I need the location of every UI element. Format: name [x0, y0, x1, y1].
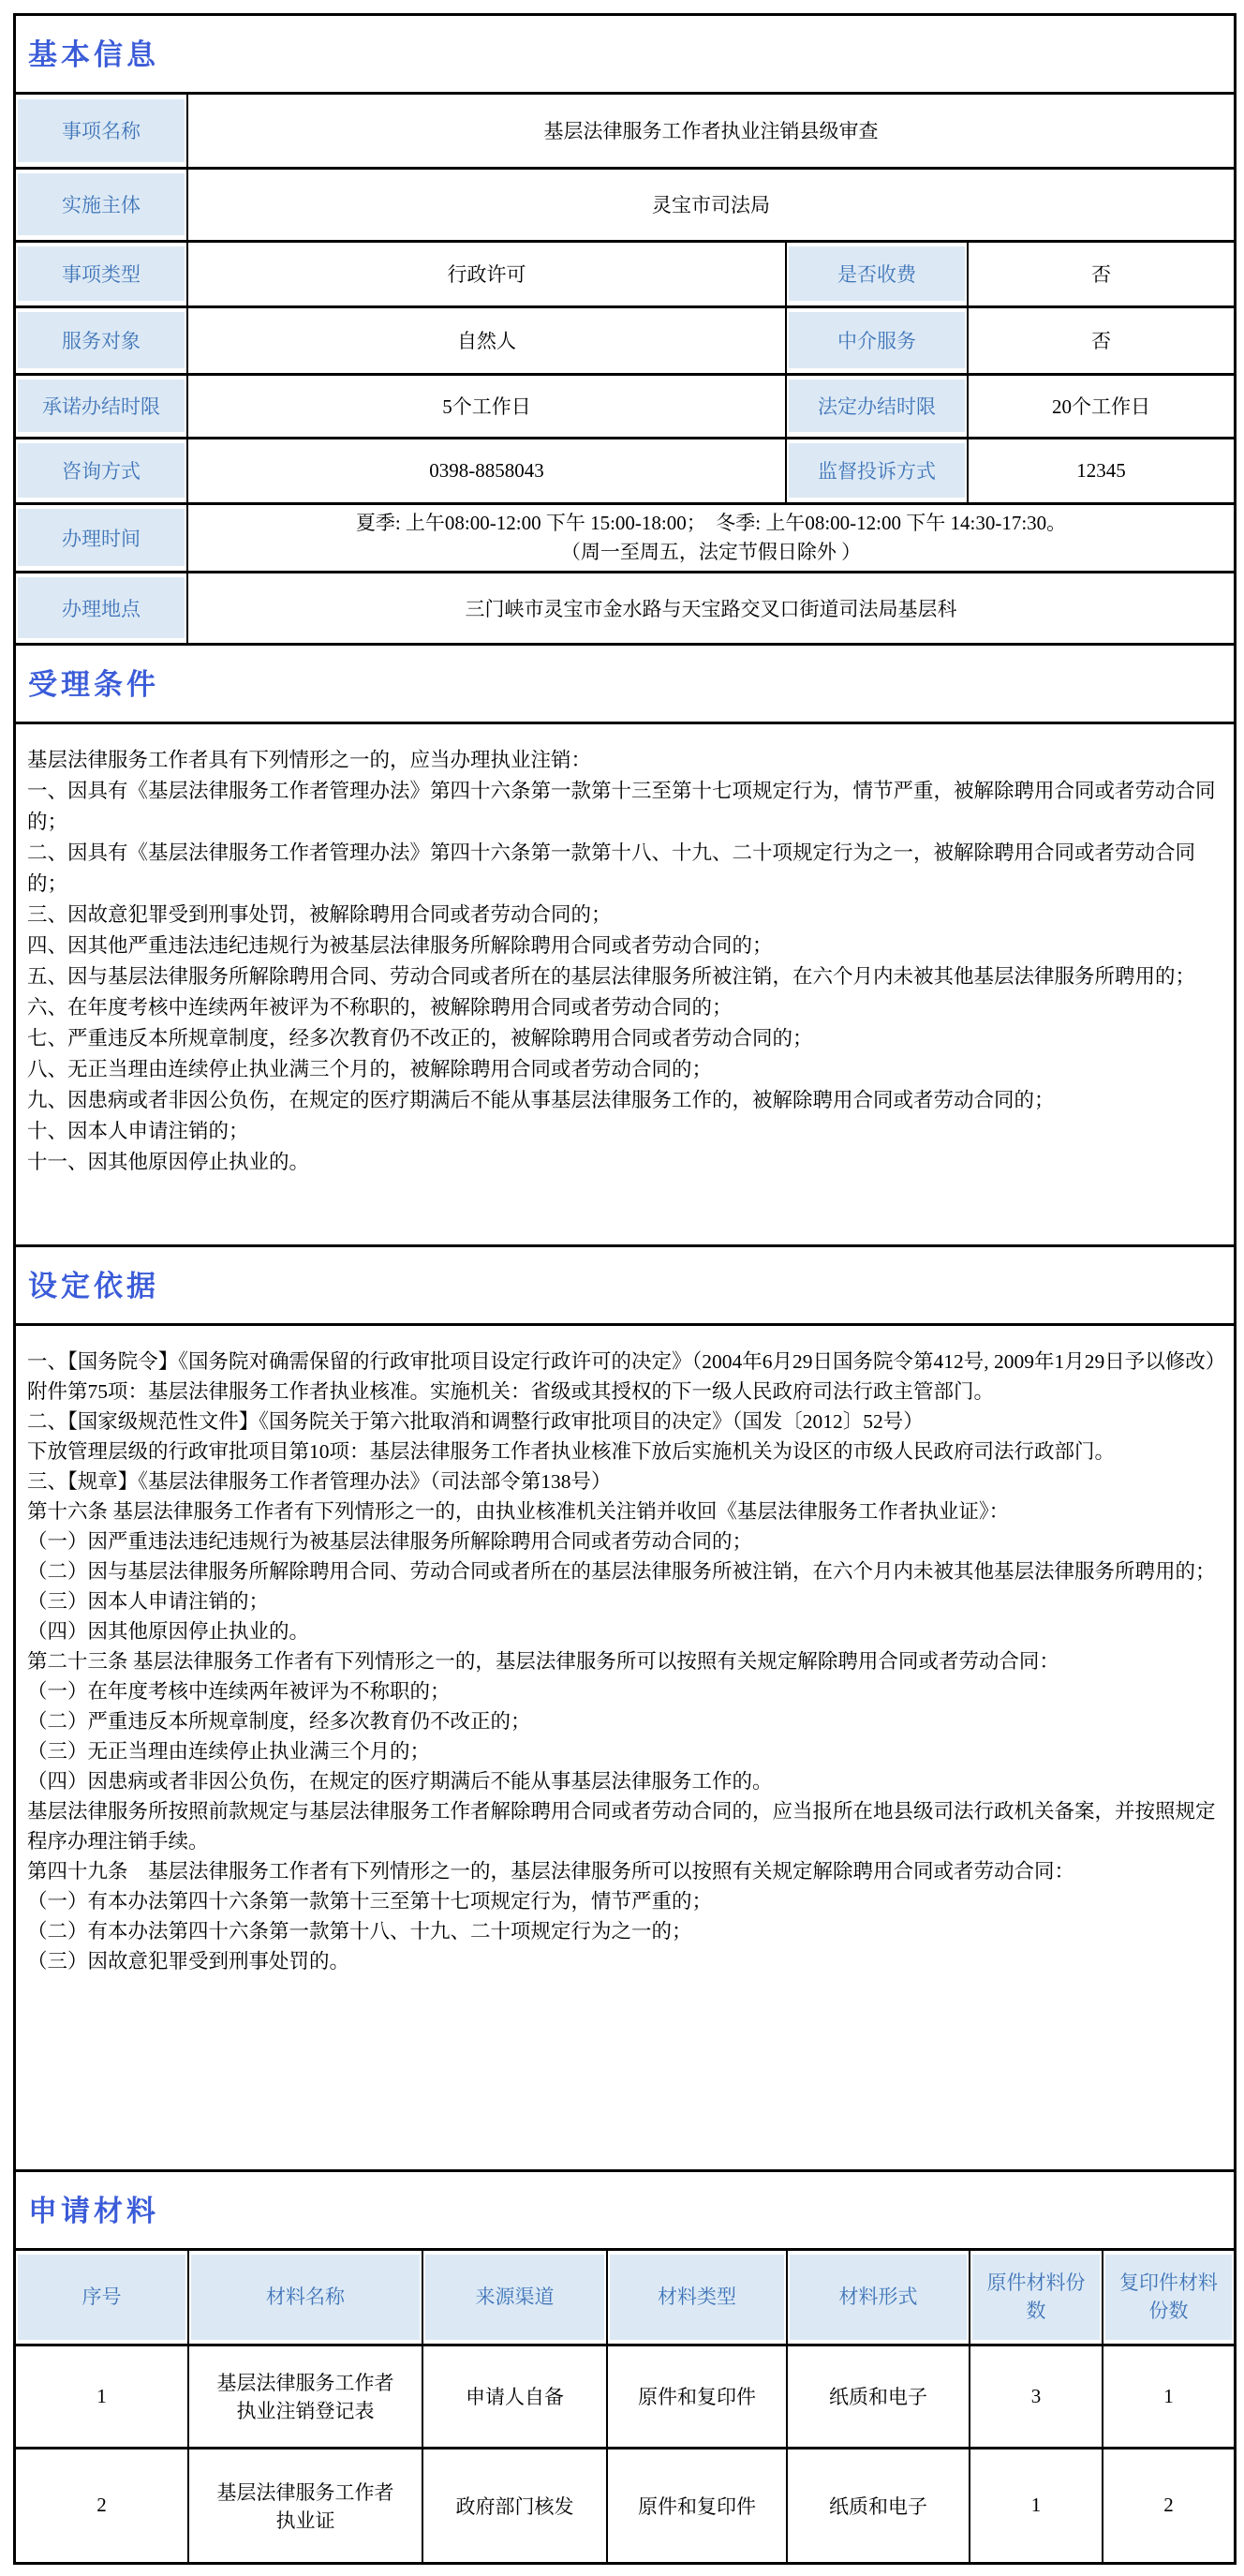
materials-header-original-count: 原件材料份数: [970, 2251, 1103, 2345]
materials-header-type: 材料类型: [607, 2251, 787, 2345]
table-row: 事项名称 基层法律服务工作者执业注销县级审查: [16, 95, 1234, 168]
materials-header-row: 序号 材料名称 来源渠道 材料类型 材料形式 原件材料份数 复印件材料份数: [16, 2251, 1234, 2345]
basis-line: 二、【国家级规范性文件】《国务院关于第六批取消和调整行政审批项目的决定》（国发〔…: [27, 1407, 1221, 1437]
condition-line: 基层法律服务工作者具有下列情形之一的，应当办理执业注销：: [27, 745, 1221, 776]
basis-line: 第四十九条 基层法律服务工作者有下列情形之一的，基层法律服务所可以按照有关规定解…: [27, 1856, 1221, 1886]
materials-row: 1 基层法律服务工作者执业注销登记表 申请人自备 原件和复印件 纸质和电子 3 …: [16, 2345, 1234, 2448]
office-hours-line-1: 夏季: 上午08:00-12:00 下午 15:00-18:00； 冬季: 上午…: [196, 509, 1226, 538]
info-value: 20个工作日: [968, 374, 1234, 438]
table-row: 服务对象 自然人 中介服务 否: [16, 306, 1234, 374]
material-form: 纸质和电子: [787, 2448, 970, 2562]
info-label: 办理时间: [16, 503, 187, 572]
condition-line: 五、因与基层法律服务所解除聘用合同、劳动合同或者所在的基层法律服务所被注销，在六…: [27, 961, 1221, 992]
condition-line: 八、无正当理由连续停止执业满三个月的，被解除聘用合同或者劳动合同的；: [27, 1054, 1221, 1085]
table-row: 事项类型 行政许可 是否收费 否: [16, 241, 1234, 306]
condition-line: 七、严重违反本所规章制度，经多次教育仍不改正的，被解除聘用合同或者劳动合同的；: [27, 1023, 1221, 1054]
info-label: 事项类型: [16, 241, 187, 306]
service-item-document: 基本信息 事项名称 基层法律服务工作者执业注销县级审查 实施主体 灵宝市司法局 …: [13, 13, 1237, 2565]
info-label: 法定办结时限: [786, 374, 968, 438]
basis-line: 附件第75项：基层法律服务工作者执业核准。实施机关：省级或其授权的下一级人民政府…: [27, 1377, 1221, 1407]
materials-header-source: 来源渠道: [422, 2251, 607, 2345]
info-value: 灵宝市司法局: [187, 168, 1234, 241]
info-value: 自然人: [187, 306, 786, 374]
material-source: 申请人自备: [422, 2345, 607, 2448]
materials-header-name: 材料名称: [188, 2251, 422, 2345]
condition-line: 三、因故意犯罪受到刑事处罚，被解除聘用合同或者劳动合同的；: [27, 900, 1221, 931]
material-no: 1: [16, 2345, 188, 2448]
setting-basis-text: 一、【国务院令】《国务院对确需保留的行政审批项目设定行政许可的决定》（2004年…: [16, 1326, 1234, 2169]
basis-line: （三）因故意犯罪受到刑事处罚的。: [27, 1946, 1221, 1976]
material-form: 纸质和电子: [787, 2345, 970, 2448]
office-hours-line-2: （周一至周五，法定节假日除外 ）: [196, 538, 1226, 567]
basis-line: （一）在年度考核中连续两年被评为不称职的；: [27, 1676, 1221, 1706]
condition-line: 六、在年度考核中连续两年被评为不称职的，被解除聘用合同或者劳动合同的；: [27, 992, 1221, 1023]
info-value: 否: [968, 241, 1234, 306]
info-label: 是否收费: [786, 241, 968, 306]
condition-line: 四、因其他严重违法违纪违规行为被基层法律服务所解除聘用合同或者劳动合同的；: [27, 931, 1221, 961]
info-value: 行政许可: [187, 241, 786, 306]
materials-row: 2 基层法律服务工作者执业证 政府部门核发 原件和复印件 纸质和电子 1 2: [16, 2448, 1234, 2562]
basis-line: （四）因其他原因停止执业的。: [27, 1616, 1221, 1646]
basis-line: 基层法律服务所按照前款规定与基层法律服务工作者解除聘用合同或者劳动合同的，应当报…: [27, 1796, 1221, 1856]
basis-line: （二）有本办法第四十六条第一款第十八、十九、二十项规定行为之一的；: [27, 1916, 1221, 1946]
info-label: 承诺办结时限: [16, 374, 187, 438]
material-name: 基层法律服务工作者执业证: [188, 2448, 422, 2562]
material-copy-count: 2: [1103, 2448, 1234, 2562]
condition-line: 一、因具有《基层法律服务工作者管理办法》第四十六条第一款第十三至第十七项规定行为…: [27, 776, 1221, 838]
info-value: 12345: [968, 438, 1234, 503]
basis-line: （一）有本办法第四十六条第一款第十三至第十七项规定行为，情节严重的；: [27, 1886, 1221, 1916]
info-label: 监督投诉方式: [786, 438, 968, 503]
basis-line: 第二十三条 基层法律服务工作者有下列情形之一的，基层法律服务所可以按照有关规定解…: [27, 1646, 1221, 1676]
basic-info-table: 事项名称 基层法律服务工作者执业注销县级审查 实施主体 灵宝市司法局 事项类型 …: [16, 95, 1234, 643]
section-title-setting-basis: 设定依据: [16, 1244, 1234, 1326]
basis-line: 第十六条 基层法律服务工作者有下列情形之一的，由执业核准机关注销并收回《基层法律…: [27, 1496, 1221, 1526]
condition-line: 二、因具有《基层法律服务工作者管理办法》第四十六条第一款第十八、十九、二十项规定…: [27, 838, 1221, 900]
table-row: 办理地点 三门峡市灵宝市金水路与天宝路交叉口街道司法局基层科: [16, 572, 1234, 643]
section-title-basic-info: 基本信息: [16, 16, 1234, 95]
material-no: 2: [16, 2448, 188, 2562]
info-value: 基层法律服务工作者执业注销县级审查: [187, 95, 1234, 168]
materials-header-form: 材料形式: [787, 2251, 970, 2345]
info-value: 三门峡市灵宝市金水路与天宝路交叉口街道司法局基层科: [187, 572, 1234, 643]
material-original-count: 3: [970, 2345, 1103, 2448]
materials-header-copy-count: 复印件材料份数: [1103, 2251, 1234, 2345]
table-row: 咨询方式 0398-8858043 监督投诉方式 12345: [16, 438, 1234, 503]
info-label: 中介服务: [786, 306, 968, 374]
basis-line: （四）因患病或者非因公负伤，在规定的医疗期满后不能从事基层法律服务工作的。: [27, 1766, 1221, 1796]
condition-line: 十、因本人申请注销的；: [27, 1116, 1221, 1147]
basis-line: （一）因严重违法违纪违规行为被基层法律服务所解除聘用合同或者劳动合同的；: [27, 1526, 1221, 1556]
info-label: 实施主体: [16, 168, 187, 241]
basis-line: （三）无正当理由连续停止执业满三个月的；: [27, 1736, 1221, 1766]
info-label: 事项名称: [16, 95, 187, 168]
condition-line: 十一、因其他原因停止执业的。: [27, 1147, 1221, 1178]
basis-line: 三、【规章】《基层法律服务工作者管理办法》（司法部令第138号）: [27, 1467, 1221, 1496]
condition-line: 九、因患病或者非因公负伤，在规定的医疗期满后不能从事基层法律服务工作的，被解除聘…: [27, 1085, 1221, 1116]
info-value: 夏季: 上午08:00-12:00 下午 15:00-18:00； 冬季: 上午…: [187, 503, 1234, 572]
material-type: 原件和复印件: [607, 2448, 787, 2562]
material-original-count: 1: [970, 2448, 1103, 2562]
table-row: 承诺办结时限 5个工作日 法定办结时限 20个工作日: [16, 374, 1234, 438]
table-row: 办理时间 夏季: 上午08:00-12:00 下午 15:00-18:00； 冬…: [16, 503, 1234, 572]
basis-line: （二）因与基层法律服务所解除聘用合同、劳动合同或者所在的基层法律服务所被注销，在…: [27, 1556, 1221, 1586]
basis-line: 一、【国务院令】《国务院对确需保留的行政审批项目设定行政许可的决定》（2004年…: [27, 1347, 1221, 1377]
info-label: 办理地点: [16, 572, 187, 643]
materials-header-no: 序号: [16, 2251, 188, 2345]
info-label: 咨询方式: [16, 438, 187, 503]
materials-table: 序号 材料名称 来源渠道 材料类型 材料形式 原件材料份数 复印件材料份数 1 …: [16, 2251, 1234, 2562]
material-name: 基层法律服务工作者执业注销登记表: [188, 2345, 422, 2448]
table-row: 实施主体 灵宝市司法局: [16, 168, 1234, 241]
info-value: 5个工作日: [187, 374, 786, 438]
section-title-acceptance-conditions: 受理条件: [16, 643, 1234, 724]
basis-line: （三）因本人申请注销的；: [27, 1586, 1221, 1616]
material-type: 原件和复印件: [607, 2345, 787, 2448]
basis-line: （二）严重违反本所规章制度，经多次教育仍不改正的；: [27, 1706, 1221, 1736]
section-title-application-materials: 申请材料: [16, 2169, 1234, 2251]
info-value: 0398-8858043: [187, 438, 786, 503]
info-value: 否: [968, 306, 1234, 374]
info-label: 服务对象: [16, 306, 187, 374]
material-copy-count: 1: [1103, 2345, 1234, 2448]
material-source: 政府部门核发: [422, 2448, 607, 2562]
basis-line: 下放管理层级的行政审批项目第10项：基层法律服务工作者执业核准下放后实施机关为设…: [27, 1437, 1221, 1467]
acceptance-conditions-text: 基层法律服务工作者具有下列情形之一的，应当办理执业注销： 一、因具有《基层法律服…: [16, 724, 1234, 1244]
